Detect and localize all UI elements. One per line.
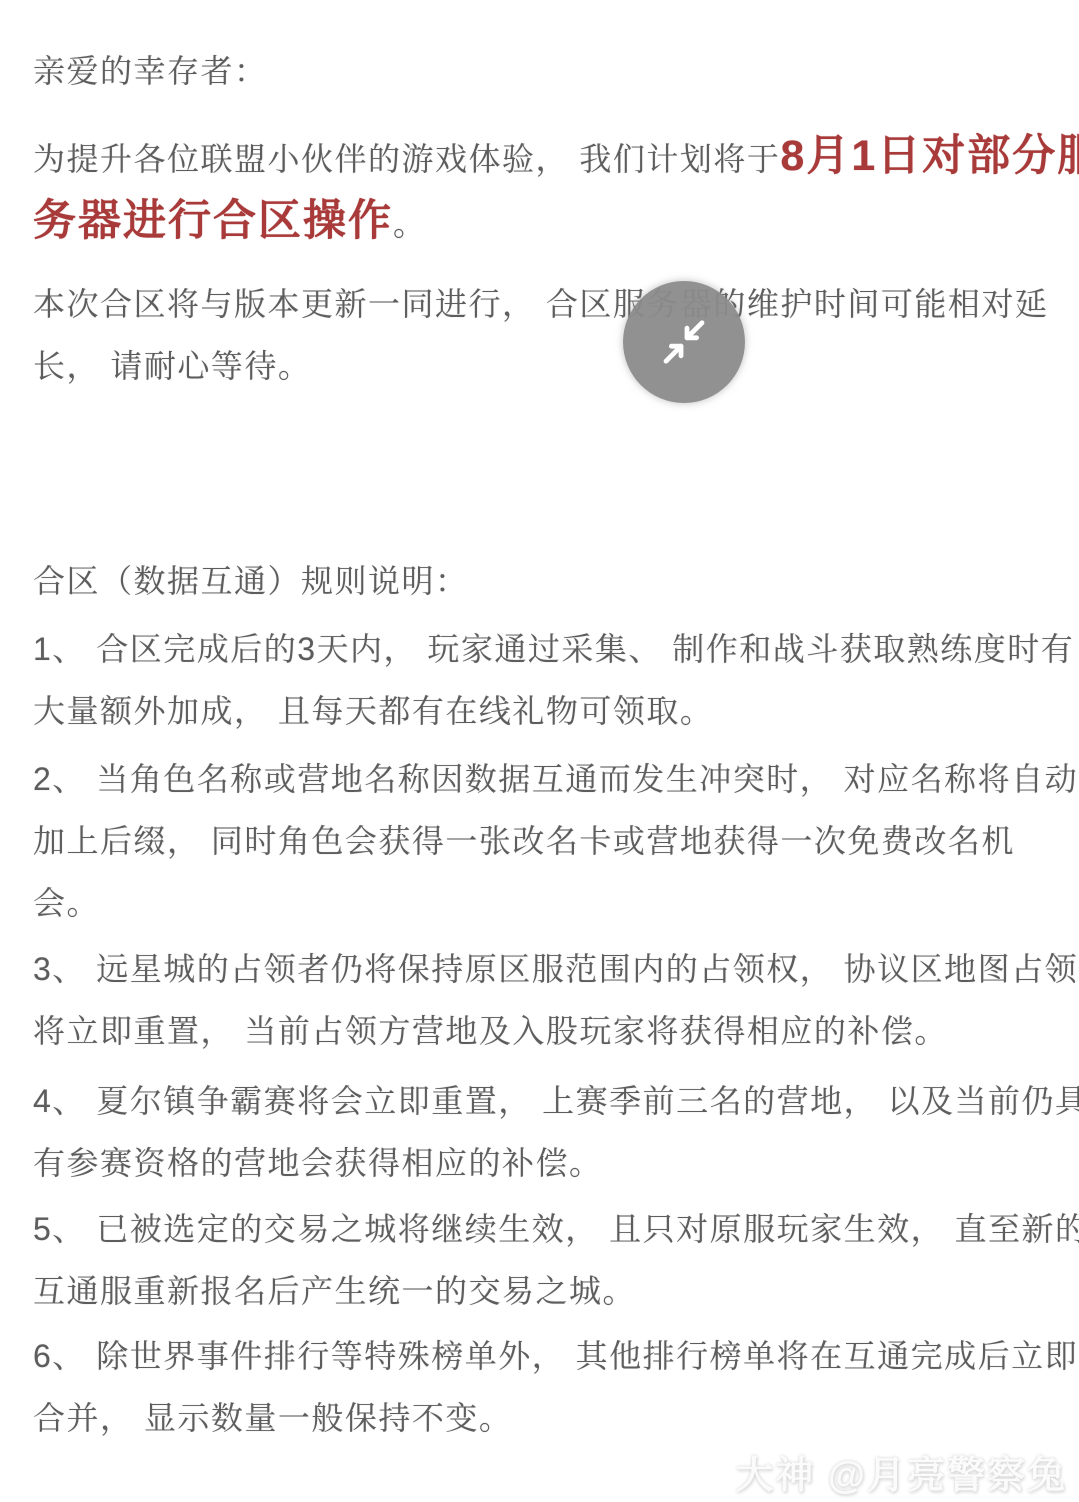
intro-period: 。 <box>393 206 427 242</box>
rules-heading: 合区（数据互通）规则说明： <box>33 550 469 612</box>
maintenance-paragraph: 本次合区将与版本更新一同进行， 合区服务器的维护时间可能相对延 长， 请耐心等待… <box>33 273 1048 397</box>
rule-item-4: 4、 夏尔镇争霸赛将会立即重置， 上赛季前三名的营地， 以及当前仍具 有参赛资格… <box>33 1070 1079 1194</box>
announcement-page: 亲爱的幸存者： 为提升各位联盟小伙伴的游戏体验， 我们计划将于8月1日对部分服 … <box>0 0 1079 1502</box>
greeting-text: 亲爱的幸存者： <box>33 40 268 102</box>
rule-item-6: 6、 除世界事件排行等特殊榜单外， 其他排行榜单将在互通完成后立即 合并， 显示… <box>33 1325 1078 1449</box>
rule-item-2: 2、 当角色名称或营地名称因数据互通而发生冲突时， 对应名称将自动 加上后缀， … <box>33 748 1078 934</box>
rule-item-3: 3、 远星城的占领者仍将保持原区服范围内的占领权， 协议区地图占领 将立即重置，… <box>33 938 1078 1062</box>
intro-prefix-text: 为提升各位联盟小伙伴的游戏体验， 我们计划将于 <box>33 141 780 177</box>
watermark-text: 大神 @月亮警察兔 <box>735 1444 1067 1499</box>
intro-paragraph: 为提升各位联盟小伙伴的游戏体验， 我们计划将于8月1日对部分服 务器进行合区操作… <box>33 125 1079 255</box>
collapse-arrows-icon <box>648 306 720 378</box>
collapse-overlay-button[interactable] <box>623 281 745 403</box>
rule-item-1: 1、 合区完成后的3天内， 玩家通过采集、 制作和战斗获取熟练度时有 大量额外加… <box>33 618 1074 742</box>
rule-item-5: 5、 已被选定的交易之城将继续生效， 且只对原服玩家生效， 直至新的 互通服重新… <box>33 1198 1079 1322</box>
